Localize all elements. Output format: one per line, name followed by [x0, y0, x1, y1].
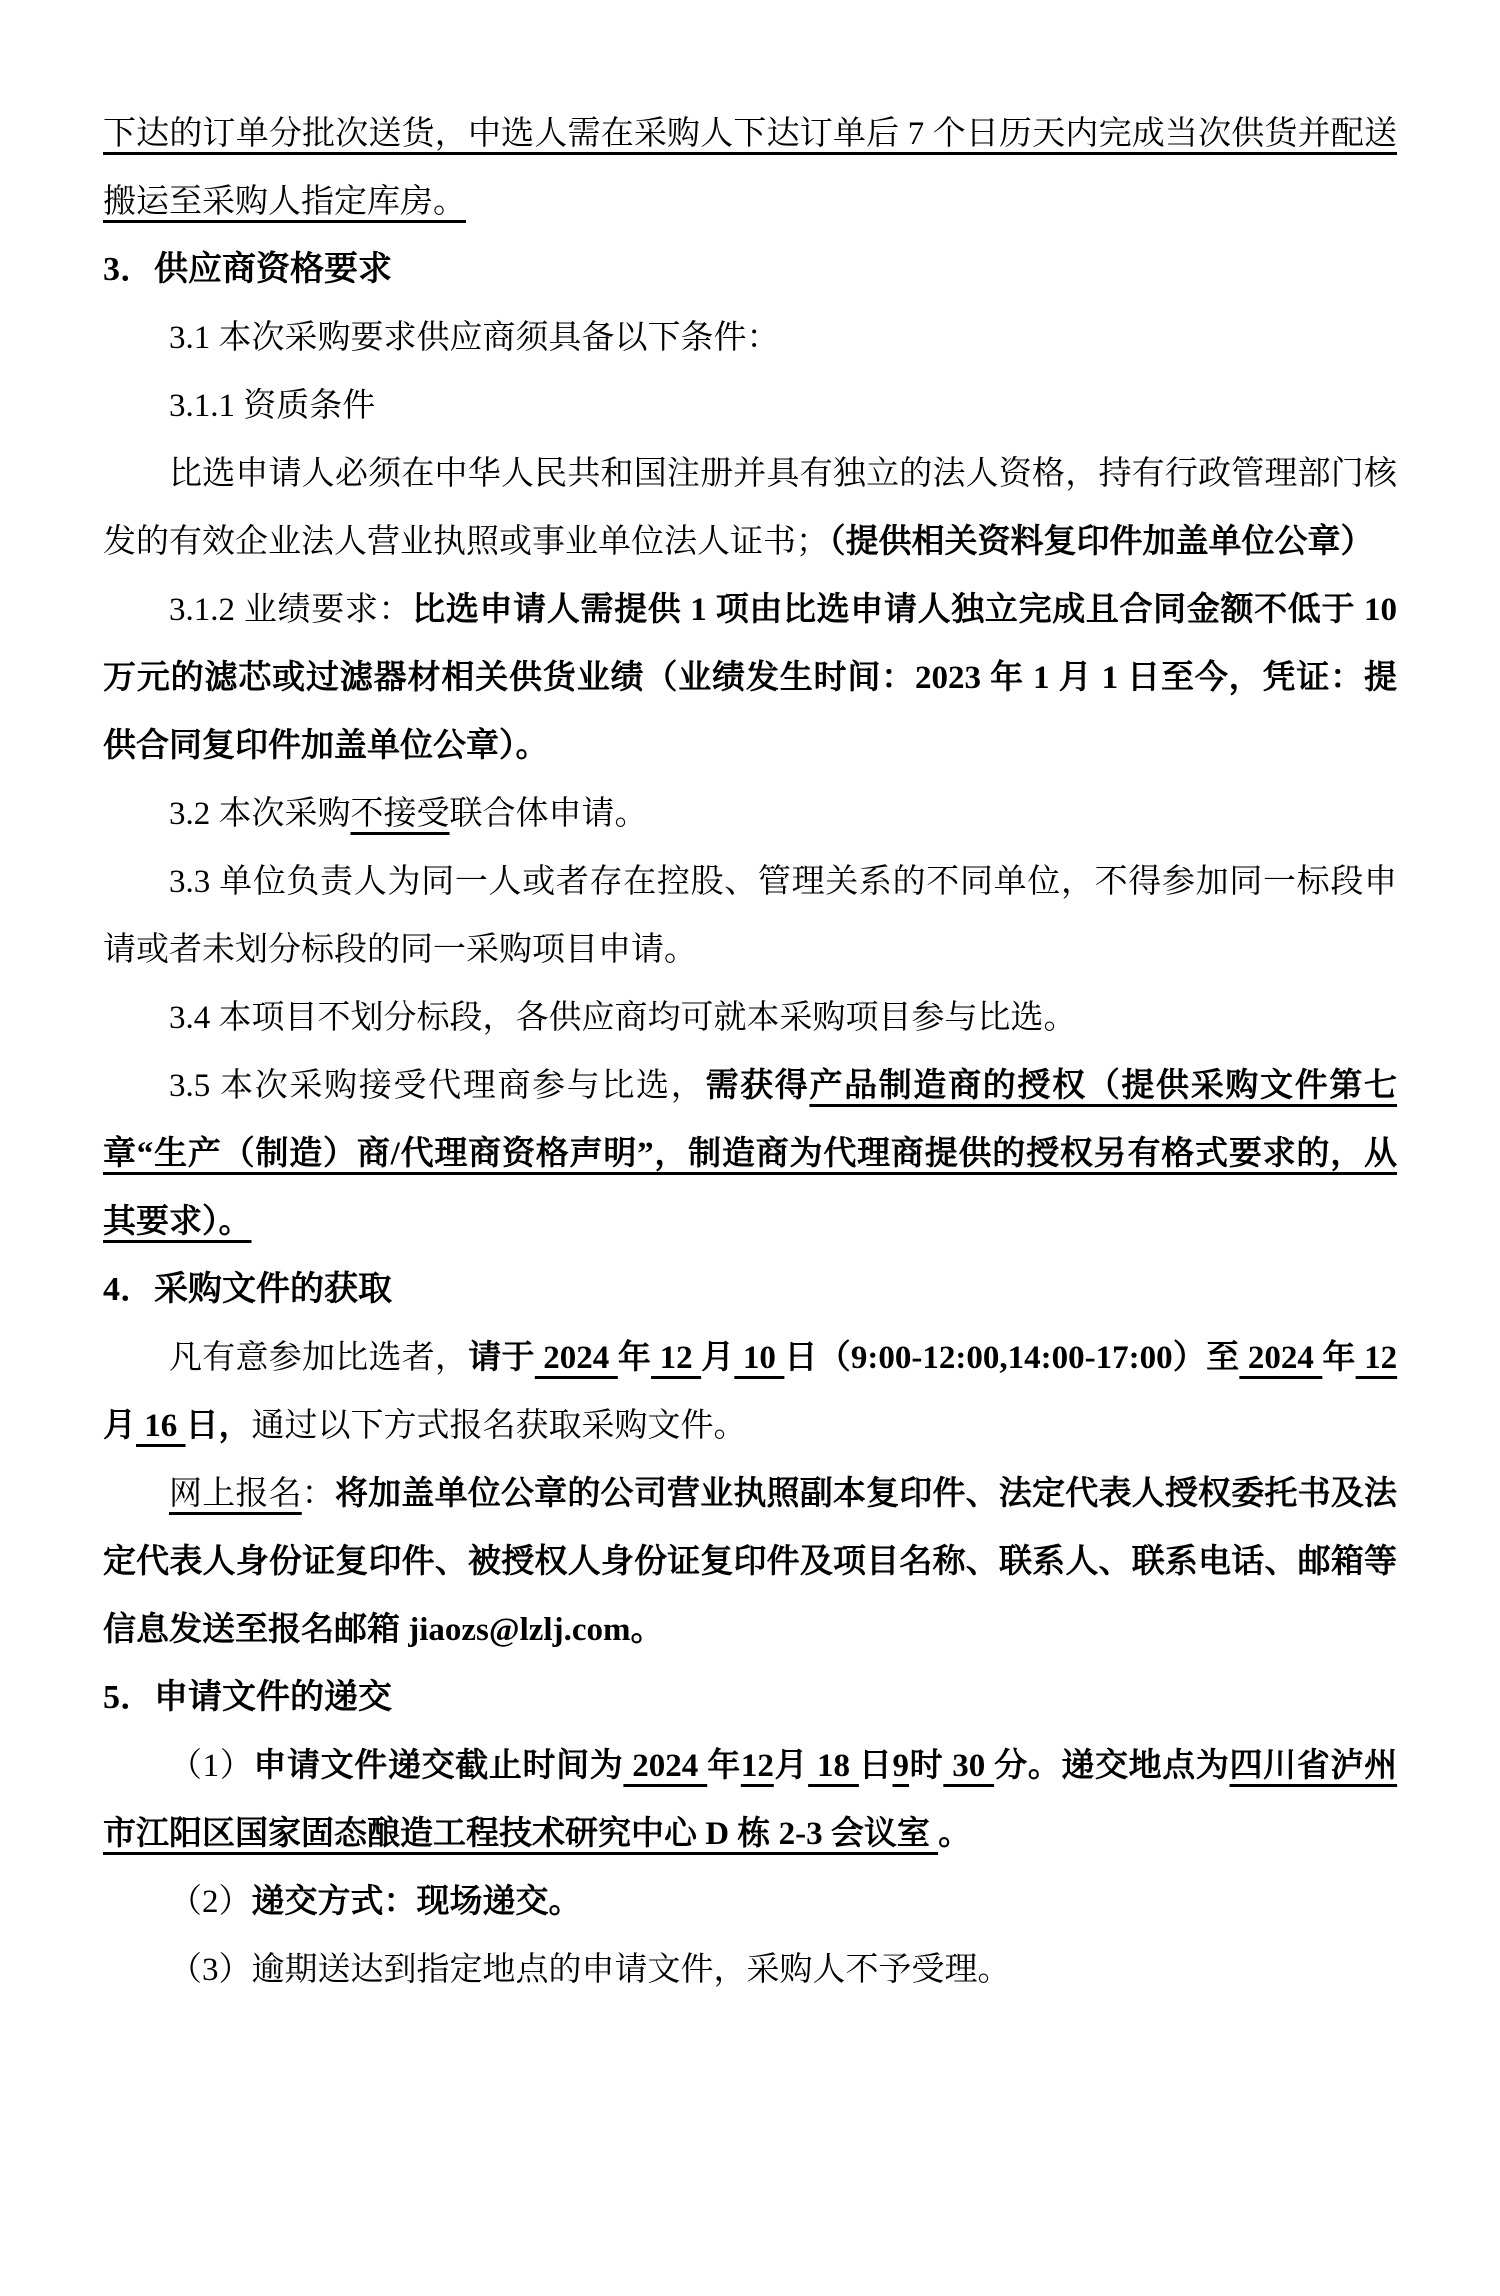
text-run: 3．供应商资格要求 — [103, 251, 392, 288]
para-legal-person-requirement: 比选申请人必须在中华人民共和国注册并具有独立的法人资格，持有行政管理部门核发的有… — [103, 440, 1397, 576]
text-run: 凡有意参加比选者， — [169, 1340, 468, 1376]
text-run: 通过以下方式报名获取采购文件。 — [252, 1408, 747, 1444]
text-run: 申请文件递交截止时间为 — [253, 1748, 623, 1784]
para-3-2-no-consortium: 3.2 本次采购不接受联合体申请。 — [103, 780, 1397, 848]
text-run: 联合体申请。 — [450, 796, 648, 832]
text-run: 需获得 — [705, 1068, 809, 1104]
text-run: 年 — [707, 1748, 741, 1784]
text-run: （提供相关资料复印件加盖单位公章） — [829, 524, 1374, 560]
text-run: 不接受 — [351, 796, 450, 832]
text-run: 分。递交地点为 — [994, 1748, 1229, 1784]
text-run: 请于 — [468, 1340, 535, 1376]
text-run: 18 — [808, 1748, 859, 1784]
text-run: 16 — [136, 1408, 186, 1444]
text-run: 3.5 本次采购接受代理商参与比选， — [169, 1068, 705, 1104]
text-run: 12 — [1356, 1340, 1398, 1376]
text-run: 10 — [734, 1340, 784, 1376]
heading-3-supplier-qualification: 3．供应商资格要求 — [103, 236, 1397, 304]
text-run: （1） — [169, 1748, 253, 1784]
text-run: （3）逾期送达到指定地点的申请文件，采购人不予受理。 — [169, 1952, 1011, 1988]
text-run: 12 — [741, 1748, 774, 1784]
text-run: 3.4 本项目不划分标段，各供应商均可就本采购项目参与比选。 — [169, 1000, 1077, 1036]
para-3-3-same-responsible-person: 3.3 单位负责人为同一人或者存在控股、管理关系的不同单位，不得参加同一标段申请… — [103, 848, 1397, 984]
text-run: 日（9:00-12:00,14:00-17:00）至 — [784, 1340, 1239, 1376]
text-run: 年 — [1322, 1340, 1355, 1376]
para-late-submission: （3）逾期送达到指定地点的申请文件，采购人不予受理。 — [103, 1936, 1397, 2004]
text-run: 。 — [630, 1612, 663, 1648]
heading-5-document-submission: 5．申请文件的递交 — [103, 1664, 1397, 1732]
para-online-registration: 网上报名：将加盖单位公章的公司营业执照副本复印件、法定代表人授权委托书及法定代表… — [103, 1460, 1397, 1664]
para-delivery-continuation: 下达的订单分批次送货，中选人需在采购人下达订单后 7 个日历天内完成当次供货并配… — [103, 100, 1397, 236]
text-run: 2024 — [1239, 1340, 1322, 1376]
para-registration-period: 凡有意参加比选者，请于 2024 年 12 月 10 日（9:00-12:00,… — [103, 1324, 1397, 1460]
text-run: 3.3 单位负责人为同一人或者存在控股、管理关系的不同单位，不得参加同一标段申请… — [103, 864, 1397, 968]
para-3-1-2-performance-requirement: 3.1.2 业绩要求：比选申请人需提供 1 项由比选申请人独立完成且合同金额不低… — [103, 576, 1397, 780]
text-run: 2024 — [535, 1340, 618, 1376]
text-run: 9 — [893, 1748, 910, 1784]
text-run: 日， — [186, 1408, 252, 1444]
para-3-1-1: 3.1.1 资质条件 — [103, 372, 1397, 440]
registration-email-text: jiaozs@lzlj.com — [408, 1612, 630, 1648]
text-run: 递交方式：现场递交。 — [252, 1884, 582, 1920]
text-run: 月 — [103, 1408, 136, 1444]
text-run: ： — [302, 1476, 335, 1512]
text-run: 3.2 本次采购 — [169, 796, 351, 832]
para-3-4-no-lots: 3.4 本项目不划分标段，各供应商均可就本采购项目参与比选。 — [103, 984, 1397, 1052]
text-run: 月 — [701, 1340, 734, 1376]
document-page: 下达的订单分批次送货，中选人需在采购人下达订单后 7 个日历天内完成当次供货并配… — [0, 0, 1500, 2296]
text-run: 下达的订单分批次送货，中选人需在采购人下达订单后 7 个日历天内完成当次供货并配… — [103, 116, 1397, 220]
text-run: 4．采购文件的获取 — [103, 1271, 392, 1308]
text-run: 时 — [909, 1748, 943, 1784]
heading-4-document-acquisition: 4．采购文件的获取 — [103, 1256, 1397, 1324]
text-run: （2） — [169, 1884, 252, 1920]
text-run: 3.1.1 资质条件 — [169, 388, 375, 424]
para-3-1: 3.1 本次采购要求供应商须具备以下条件： — [103, 304, 1397, 372]
text-run: 3.1.2 业绩要求： — [169, 592, 412, 628]
text-run: 。 — [938, 1816, 971, 1852]
text-run: 2024 — [623, 1748, 707, 1784]
text-run: 月 — [774, 1748, 808, 1784]
text-run: 30 — [943, 1748, 994, 1784]
para-submission-deadline: （1）申请文件递交截止时间为 2024 年12月 18 日9时 30 分。递交地… — [103, 1732, 1397, 1868]
text-run: 5．申请文件的递交 — [103, 1679, 392, 1716]
text-run: 网上报名 — [169, 1476, 302, 1512]
para-submission-method: （2）递交方式：现场递交。 — [103, 1868, 1397, 1936]
para-3-5-agent-authorization: 3.5 本次采购接受代理商参与比选，需获得产品制造商的授权（提供采购文件第七章“… — [103, 1052, 1397, 1256]
text-run: 3.1 本次采购要求供应商须具备以下条件： — [169, 320, 780, 356]
text-run: 日 — [859, 1748, 893, 1784]
text-run: 年 — [618, 1340, 651, 1376]
text-run: 12 — [651, 1340, 701, 1376]
